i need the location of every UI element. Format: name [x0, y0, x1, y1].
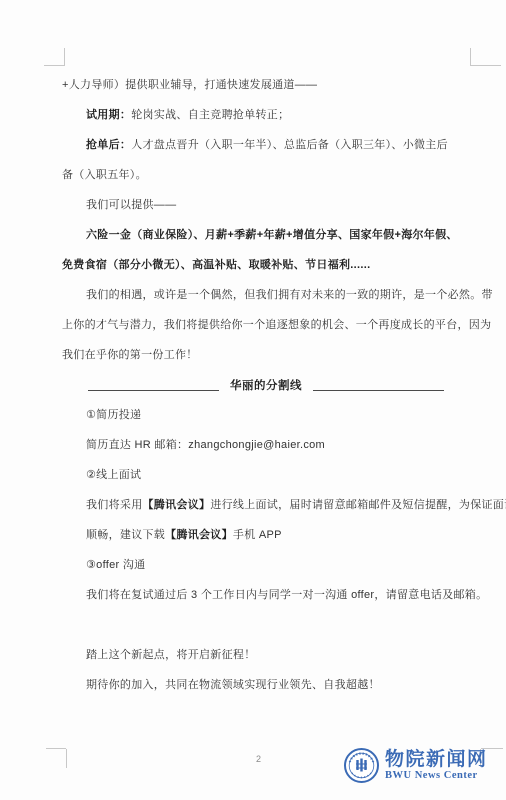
doc-line: 期待你的加入，共同在物流领域实现行业领先、自我超越！ [62, 670, 492, 700]
doc-text: 我们可以提供—— [86, 199, 176, 211]
doc-text-bold: 【腾讯会议】 [143, 499, 211, 511]
divider-rule-right [313, 390, 444, 391]
doc-line: 试用期：轮岗实战、自主竞聘抢单转正； [62, 100, 492, 130]
doc-line: 我们的相遇，或许是一个偶然，但我们拥有对未来的一致的期许，是一个必然。带 [62, 280, 492, 310]
watermark-subtitle: BWU News Center [385, 770, 488, 782]
doc-text: 我们将在复试通过后 3 个工作日内与同学一对一沟通 offer，请留意电话及邮箱… [86, 589, 487, 601]
doc-text: ①简历投递 [86, 409, 141, 421]
fancy-divider: 华丽的分割线 [62, 370, 492, 400]
crop-mark-bottom-left-v [66, 749, 67, 768]
doc-line: ③offer 沟通 [62, 550, 492, 580]
doc-text-bold: 试用期： [86, 109, 131, 121]
crop-mark-top-right-v [470, 48, 471, 66]
doc-text: 顺畅，建议下载 [86, 529, 165, 541]
doc-text: ②线上面试 [86, 469, 141, 481]
doc-text-bold: 抢单后： [86, 139, 131, 151]
doc-line: 踏上这个新起点，将开启新征程！ [62, 640, 492, 670]
watermark-title: 物院新闻网 [385, 749, 488, 770]
doc-text: 我们的相遇，或许是一个偶然，但我们拥有对未来的一致的期许，是一个必然。带 [86, 289, 493, 301]
doc-text: 手机 APP [233, 529, 282, 541]
doc-line: ①简历投递 [62, 400, 492, 430]
doc-line: 六险一金（商业保险）、月薪+季薪+年薪+增值分享、国家年假+海尔年假、 [62, 220, 492, 250]
watermark: 物院新闻网 BWU News Center [343, 747, 488, 784]
doc-text-bold: 六险一金（商业保险）、月薪+季薪+年薪+增值分享、国家年假+海尔年假、 [86, 229, 458, 241]
watermark-text: 物院新闻网 BWU News Center [385, 749, 488, 782]
doc-line: 简历直达 HR 邮箱：zhangchongjie@haier.com [62, 430, 492, 460]
doc-line: 我们将采用【腾讯会议】进行线上面试，届时请留意邮箱邮件及短信提醒，为保证面试 [62, 490, 492, 520]
circular-seal-icon [343, 747, 380, 784]
doc-line: 顺畅，建议下载【腾讯会议】手机 APP [62, 520, 492, 550]
doc-text: 简历直达 HR 邮箱：zhangchongjie@haier.com [86, 439, 325, 451]
doc-text-bold: 【腾讯会议】 [165, 529, 233, 541]
document-content: +人力导师）提供职业辅导，打通快速发展通道——试用期：轮岗实战、自主竞聘抢单转正… [62, 70, 492, 700]
doc-text: 人才盘点晋升（入职一年半）、总监后备（入职三年）、小微主后 [131, 139, 448, 151]
doc-line: 抢单后：人才盘点晋升（入职一年半）、总监后备（入职三年）、小微主后 [62, 130, 492, 160]
doc-line: 我们在乎你的第一份工作！ [62, 340, 492, 370]
doc-text: ③offer 沟通 [86, 559, 145, 571]
page-number: 2 [256, 754, 261, 764]
doc-text: 我们在乎你的第一份工作！ [62, 349, 198, 361]
blank-line [62, 610, 492, 640]
document-page: +人力导师）提供职业辅导，打通快速发展通道——试用期：轮岗实战、自主竞聘抢单转正… [0, 0, 506, 800]
doc-line: 备（入职五年）。 [62, 160, 492, 190]
crop-mark-top-right-h [471, 65, 501, 66]
crop-mark-top-left-h [44, 65, 64, 66]
crop-mark-top-left-v [64, 48, 65, 66]
doc-text: 备（入职五年）。 [62, 169, 147, 181]
doc-line: 上你的才气与潜力，我们将提供给你一个追逐想象的机会、一个再度成长的平台，因为 [62, 310, 492, 340]
doc-line: 我们将在复试通过后 3 个工作日内与同学一对一沟通 offer，请留意电话及邮箱… [62, 580, 492, 610]
doc-text-bold: 免费食宿（部分小微无）、高温补贴、取暖补贴、节日福利...... [62, 259, 370, 271]
doc-text: 踏上这个新起点，将开启新征程！ [86, 649, 256, 661]
doc-line: 免费食宿（部分小微无）、高温补贴、取暖补贴、节日福利...... [62, 250, 492, 280]
doc-line: +人力导师）提供职业辅导，打通快速发展通道—— [62, 70, 492, 100]
doc-line: 我们可以提供—— [62, 190, 492, 220]
doc-text: 进行线上面试，届时请留意邮箱邮件及短信提醒，为保证面试 [210, 499, 506, 511]
doc-line: ②线上面试 [62, 460, 492, 490]
crop-mark-bottom-left-h [46, 748, 66, 749]
doc-text: 上你的才气与潜力，我们将提供给你一个追逐想象的机会、一个再度成长的平台，因为 [62, 319, 491, 331]
doc-text: 轮岗实战、自主竞聘抢单转正； [131, 109, 289, 121]
doc-text: 期待你的加入，共同在物流领域实现行业领先、自我超越！ [86, 679, 380, 691]
doc-text: 我们将采用 [86, 499, 143, 511]
doc-text: +人力导师）提供职业辅导，打通快速发展通道—— [62, 79, 317, 91]
divider-rule-left [88, 390, 219, 391]
divider-label: 华丽的分割线 [230, 377, 302, 393]
